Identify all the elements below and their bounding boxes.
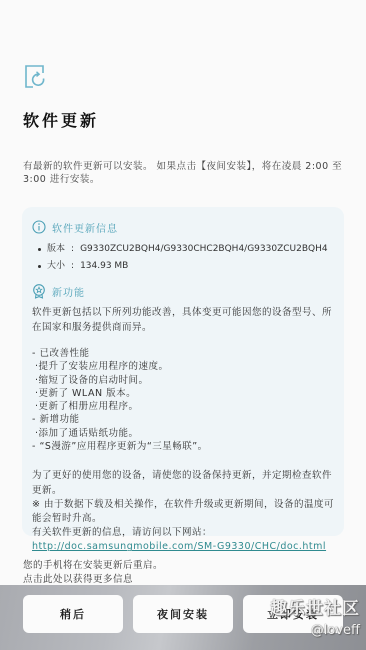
- size-value: 134.93 MB: [80, 258, 128, 275]
- info-circle-icon: [32, 220, 46, 234]
- watermark-title: 趣乐世社区: [270, 594, 360, 619]
- note-website: 有关软件更新的信息，请访问以下网站：: [32, 526, 334, 540]
- feature-item: ·提升了安装应用程序的速度。: [32, 360, 334, 373]
- bullet-dot: [38, 248, 41, 251]
- update-info-heading: 软件更新信息: [32, 219, 334, 235]
- footer-text: 您的手机将在安装更新后重启。 点击此处以获得更多信息: [23, 559, 163, 587]
- version-label: 版本: [47, 241, 65, 258]
- new-features-title: 新功能: [52, 284, 85, 299]
- software-update-icon: [24, 64, 48, 90]
- bullet-dot: [38, 265, 41, 268]
- update-info-box: 软件更新信息 版本 : G9330ZCU2BQH4/G9330CHC2BQH4/…: [22, 207, 344, 536]
- doc-link[interactable]: http://doc.samsungmobile.com/SM-G9330/CH…: [32, 540, 334, 554]
- size-separator: :: [71, 258, 74, 275]
- note-temperature: ※ 由于数据下载及相关操作，在软件升级或更新期间，设备的温度可能会暂时升高。: [32, 498, 334, 526]
- feature-item: ·添加了通话贴纸功能。: [32, 427, 334, 440]
- page-title: 软件更新: [23, 108, 99, 131]
- later-button[interactable]: 稍后: [23, 595, 123, 633]
- feature-item: ·缩短了设备的启动时间。: [32, 374, 334, 387]
- version-value: G9330ZCU2BQH4/G9330CHC2BQH4/G9330ZCU2BQH…: [80, 241, 328, 258]
- feature-item: ·更新了 WLAN 版本。: [32, 387, 334, 400]
- feature-item: ·更新了相册应用程序。: [32, 400, 334, 413]
- badge-ribbon-icon: [32, 284, 46, 299]
- features-description: 软件更新包括以下所列功能改善，具体变更可能因您的设备型号、所在国家和服务提供商而…: [32, 305, 334, 335]
- size-label: 大小: [47, 258, 65, 275]
- feature-item: - “S漫游”应用程序更新为“三星畅联”。: [32, 440, 334, 453]
- update-notes: 为了更好的使用您的设备，请使您的设备保持更新，并定期检查软件更新。 ※ 由于数据…: [32, 469, 334, 554]
- size-row: 大小 : 134.93 MB: [38, 258, 334, 275]
- update-info-title: 软件更新信息: [52, 220, 118, 235]
- version-separator: :: [71, 241, 74, 258]
- restart-notice: 您的手机将在安装更新后重启。: [23, 559, 163, 573]
- new-features-heading: 新功能: [32, 283, 334, 299]
- watermark: 趣乐世社区 @loveff: [270, 594, 360, 638]
- feature-item: - 新增功能: [32, 413, 334, 426]
- version-row: 版本 : G9330ZCU2BQH4/G9330CHC2BQH4/G9330ZC…: [38, 241, 334, 258]
- night-install-button[interactable]: 夜间安装: [133, 595, 233, 633]
- software-update-screen: 软件更新 有最新的软件更新可以安装。 如果点击【夜间安装】，将在凌晨 2:00 …: [0, 0, 366, 650]
- update-info-list: 版本 : G9330ZCU2BQH4/G9330CHC2BQH4/G9330ZC…: [38, 241, 334, 275]
- intro-text: 有最新的软件更新可以安装。 如果点击【夜间安装】，将在凌晨 2:00 至 3:0…: [23, 160, 343, 186]
- watermark-handle: @loveff: [270, 623, 360, 638]
- features-list: - 已改善性能 ·提升了安装应用程序的速度。 ·缩短了设备的启动时间。 ·更新了…: [32, 347, 334, 453]
- feature-item: - 已改善性能: [32, 347, 334, 360]
- note-keep-updated: 为了更好的使用您的设备，请使您的设备保持更新，并定期检查软件更新。: [32, 469, 334, 497]
